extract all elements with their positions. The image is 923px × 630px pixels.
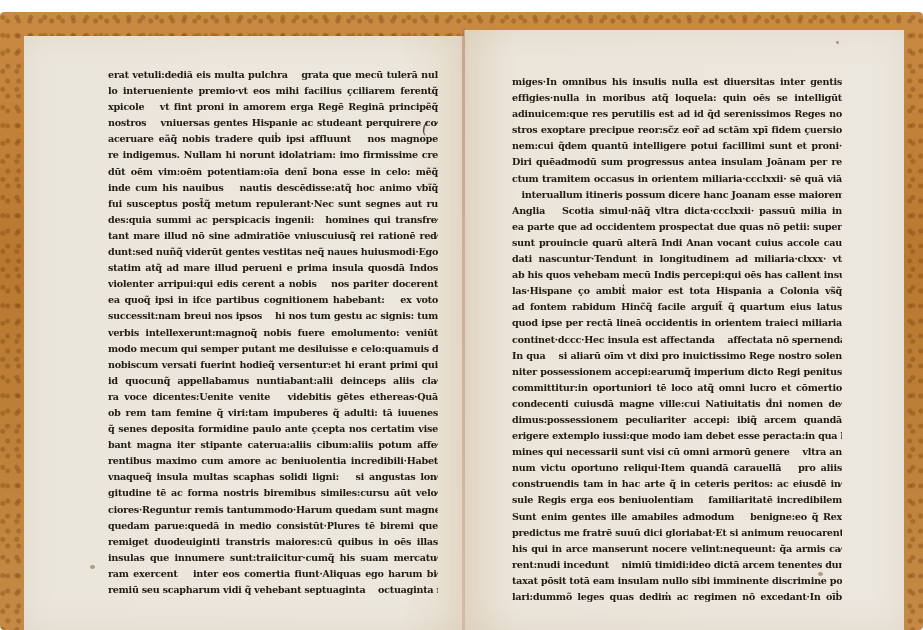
- text-line: quedam parue:quedā in medio consistūt·Pl…: [108, 519, 438, 535]
- text-line: vnaqueq̃ insula multas scaphas solidi li…: [108, 470, 438, 486]
- text-line: nostros vniuersas gentes Hispanie ac stu…: [108, 116, 438, 132]
- text-line: taxat pōsit totā eam insulam nullo sibi …: [512, 574, 842, 590]
- left-page-text: erat vetuli:dediă eis multa pulchra grat…: [108, 68, 438, 599]
- text-line: q̃ senes deposita formidine paulo ante ç…: [108, 422, 438, 438]
- text-line: statim atq̃ ad mare illud perueni e prim…: [108, 261, 438, 277]
- text-line: rent:nudi incedunt nimiū timidi:ideo dic…: [512, 558, 842, 574]
- text-line: sunt prouincie quarū alterā Indi Anan vo…: [512, 236, 842, 252]
- text-line: condecenti cuiusdā magne ville:cui Natiu…: [512, 397, 842, 413]
- text-line: erat vetuli:dediă eis multa pulchra grat…: [108, 68, 438, 84]
- text-line: id quocunq̃ appellabamus nuntiabant:alii…: [108, 374, 438, 390]
- text-line: inde cum his nauibus nautis descēdisse:a…: [108, 181, 438, 197]
- text-line: interuallum itineris possum dicere hanc …: [512, 188, 842, 204]
- text-line: In qua si aliarū oīm vt dixi pro inuicti…: [512, 349, 842, 365]
- text-line: quod ipse per rectā lineā occidentis in …: [512, 316, 842, 332]
- text-line: violenter arripui:qui edis cerent a nobi…: [108, 277, 438, 293]
- text-line: bant magna iter stipante caterua:aliis c…: [108, 438, 438, 454]
- text-line: dūt oēm vim:oēm potentiam:oīa denĩ bona…: [108, 165, 438, 181]
- text-line: tant mare illud nō sine admiratiōe vnius…: [108, 229, 438, 245]
- text-line: gitudine tē ac forma nostris biremibus s…: [108, 486, 438, 502]
- text-line: dati nascuntur·Tendunt in longitudinem a…: [512, 252, 842, 268]
- text-line: ram exercent inter eos comertia fiunt·Al…: [108, 567, 438, 583]
- text-line: dunt:sed nuñq̃ viderūt gentes vestitas …: [108, 245, 438, 261]
- text-line: ab his quos vehebam mecū Indis percepi:q…: [512, 268, 842, 284]
- text-line: rentibus maximo cum amore ac beniuolenti…: [108, 454, 438, 470]
- text-line: ob rem tam femine q̃ viri:tam impuberes …: [108, 406, 438, 422]
- foxing-spot: [836, 41, 839, 44]
- text-line: las·Hispane ço ambit̓ maior est tota His…: [512, 284, 842, 300]
- text-line: lari:dummõ leges quas dedim̓ ac regimen…: [512, 590, 842, 606]
- text-line: stros exoptare precipue reor:sc̃z eor̃ a…: [512, 123, 842, 139]
- book-gutter: [462, 28, 465, 630]
- text-line: des:quia summi ac perspicacis ingenii: h…: [108, 213, 438, 229]
- text-line: verbis intellexerunt:magnoq̃ nobis fuere…: [108, 326, 438, 342]
- text-line: committitur:in oportuniori tē loco atq̃ …: [512, 381, 842, 397]
- text-line: dimus:possessionem peculiariter accepi: …: [512, 413, 842, 429]
- text-line: aceruare eãq̃ nobis tradere quib̓ ipsi …: [108, 132, 438, 148]
- text-line: miges·In omnibus his insulis nulla est d…: [512, 75, 842, 91]
- text-line: lo interueniente premio·vt eos mihi faci…: [108, 84, 438, 100]
- text-line: effigies·nulla in moribus atq̃ loquela: …: [512, 91, 842, 107]
- foxing-spot: [90, 565, 95, 569]
- text-line: adinuicem:que res perutilis est ad id q̃…: [512, 107, 842, 123]
- text-line: modo mecum qui semper putant me desiluis…: [108, 342, 438, 358]
- text-line: Sunt enim gentes ille amabiles admodum b…: [512, 510, 842, 526]
- text-line: ra voce dicentes:Uenite venite videbitis…: [108, 390, 438, 406]
- text-line: continet·dccc·Hec insula est affectanda …: [512, 333, 842, 349]
- text-line: Anglia Scotia simul·nāq̃ vltra dicta·ccc…: [512, 204, 842, 220]
- text-line: mines qui necessarii sunt visi cū omni a…: [512, 445, 842, 461]
- text-line: fui susceptus post̃q̃ metum repulerant·N…: [108, 197, 438, 213]
- text-line: remiget duodeuiginti transtris maiores:c…: [108, 535, 438, 551]
- right-page-text: miges·In omnibus his insulis nulla est d…: [512, 75, 842, 606]
- text-line: Diri quēadmodū sum progressus antea insu…: [512, 155, 842, 171]
- text-line: his qui in arce manserunt nocere velint:…: [512, 542, 842, 558]
- text-line: re indigemus. Nullam hi norunt idolatria…: [108, 148, 438, 164]
- text-line: ad fontem rabidum Hinc̃q̃ facile arguit̃…: [512, 300, 842, 316]
- text-line: construendis tam in hac arte q̃ in ceter…: [512, 477, 842, 493]
- text-line: predictus me fratrē suuū dici gloriabat·…: [512, 526, 842, 542]
- text-line: ea parte que ad occidentem prospectat du…: [512, 220, 842, 236]
- text-line: nobiscum versati fuerint hodieq̃ versent…: [108, 358, 438, 374]
- text-line: insulas que innumere sunt:traiicitur·cum…: [108, 551, 438, 567]
- text-line: ctum tramitem occasus in orientem miliar…: [512, 172, 842, 188]
- text-line: ea quoq̃ ipsi in ifce partibus cognition…: [108, 293, 438, 309]
- text-line: sule Regis erga eos beniuolentiam famili…: [512, 493, 842, 509]
- text-line: remiū seu scapharum vidi q̃ vehebant sep…: [108, 583, 438, 599]
- text-line: successit:nam breui nos ipsos hi nos tum…: [108, 309, 438, 325]
- text-line: erigere extemplo iussi:que modo iam debe…: [512, 429, 842, 445]
- text-line: ciores·Reguntur remis tantummodo·Harum q…: [108, 503, 438, 519]
- text-line: niter possessionem accepi:earumq̃ imperi…: [512, 365, 842, 381]
- text-line: nem:cui q̃dem quantū intelligere potui f…: [512, 139, 842, 155]
- text-line: xpicole vt fint proni in amorem erga Reg…: [108, 100, 438, 116]
- text-line: num victu oportuno reliqui·Item quandā c…: [512, 461, 842, 477]
